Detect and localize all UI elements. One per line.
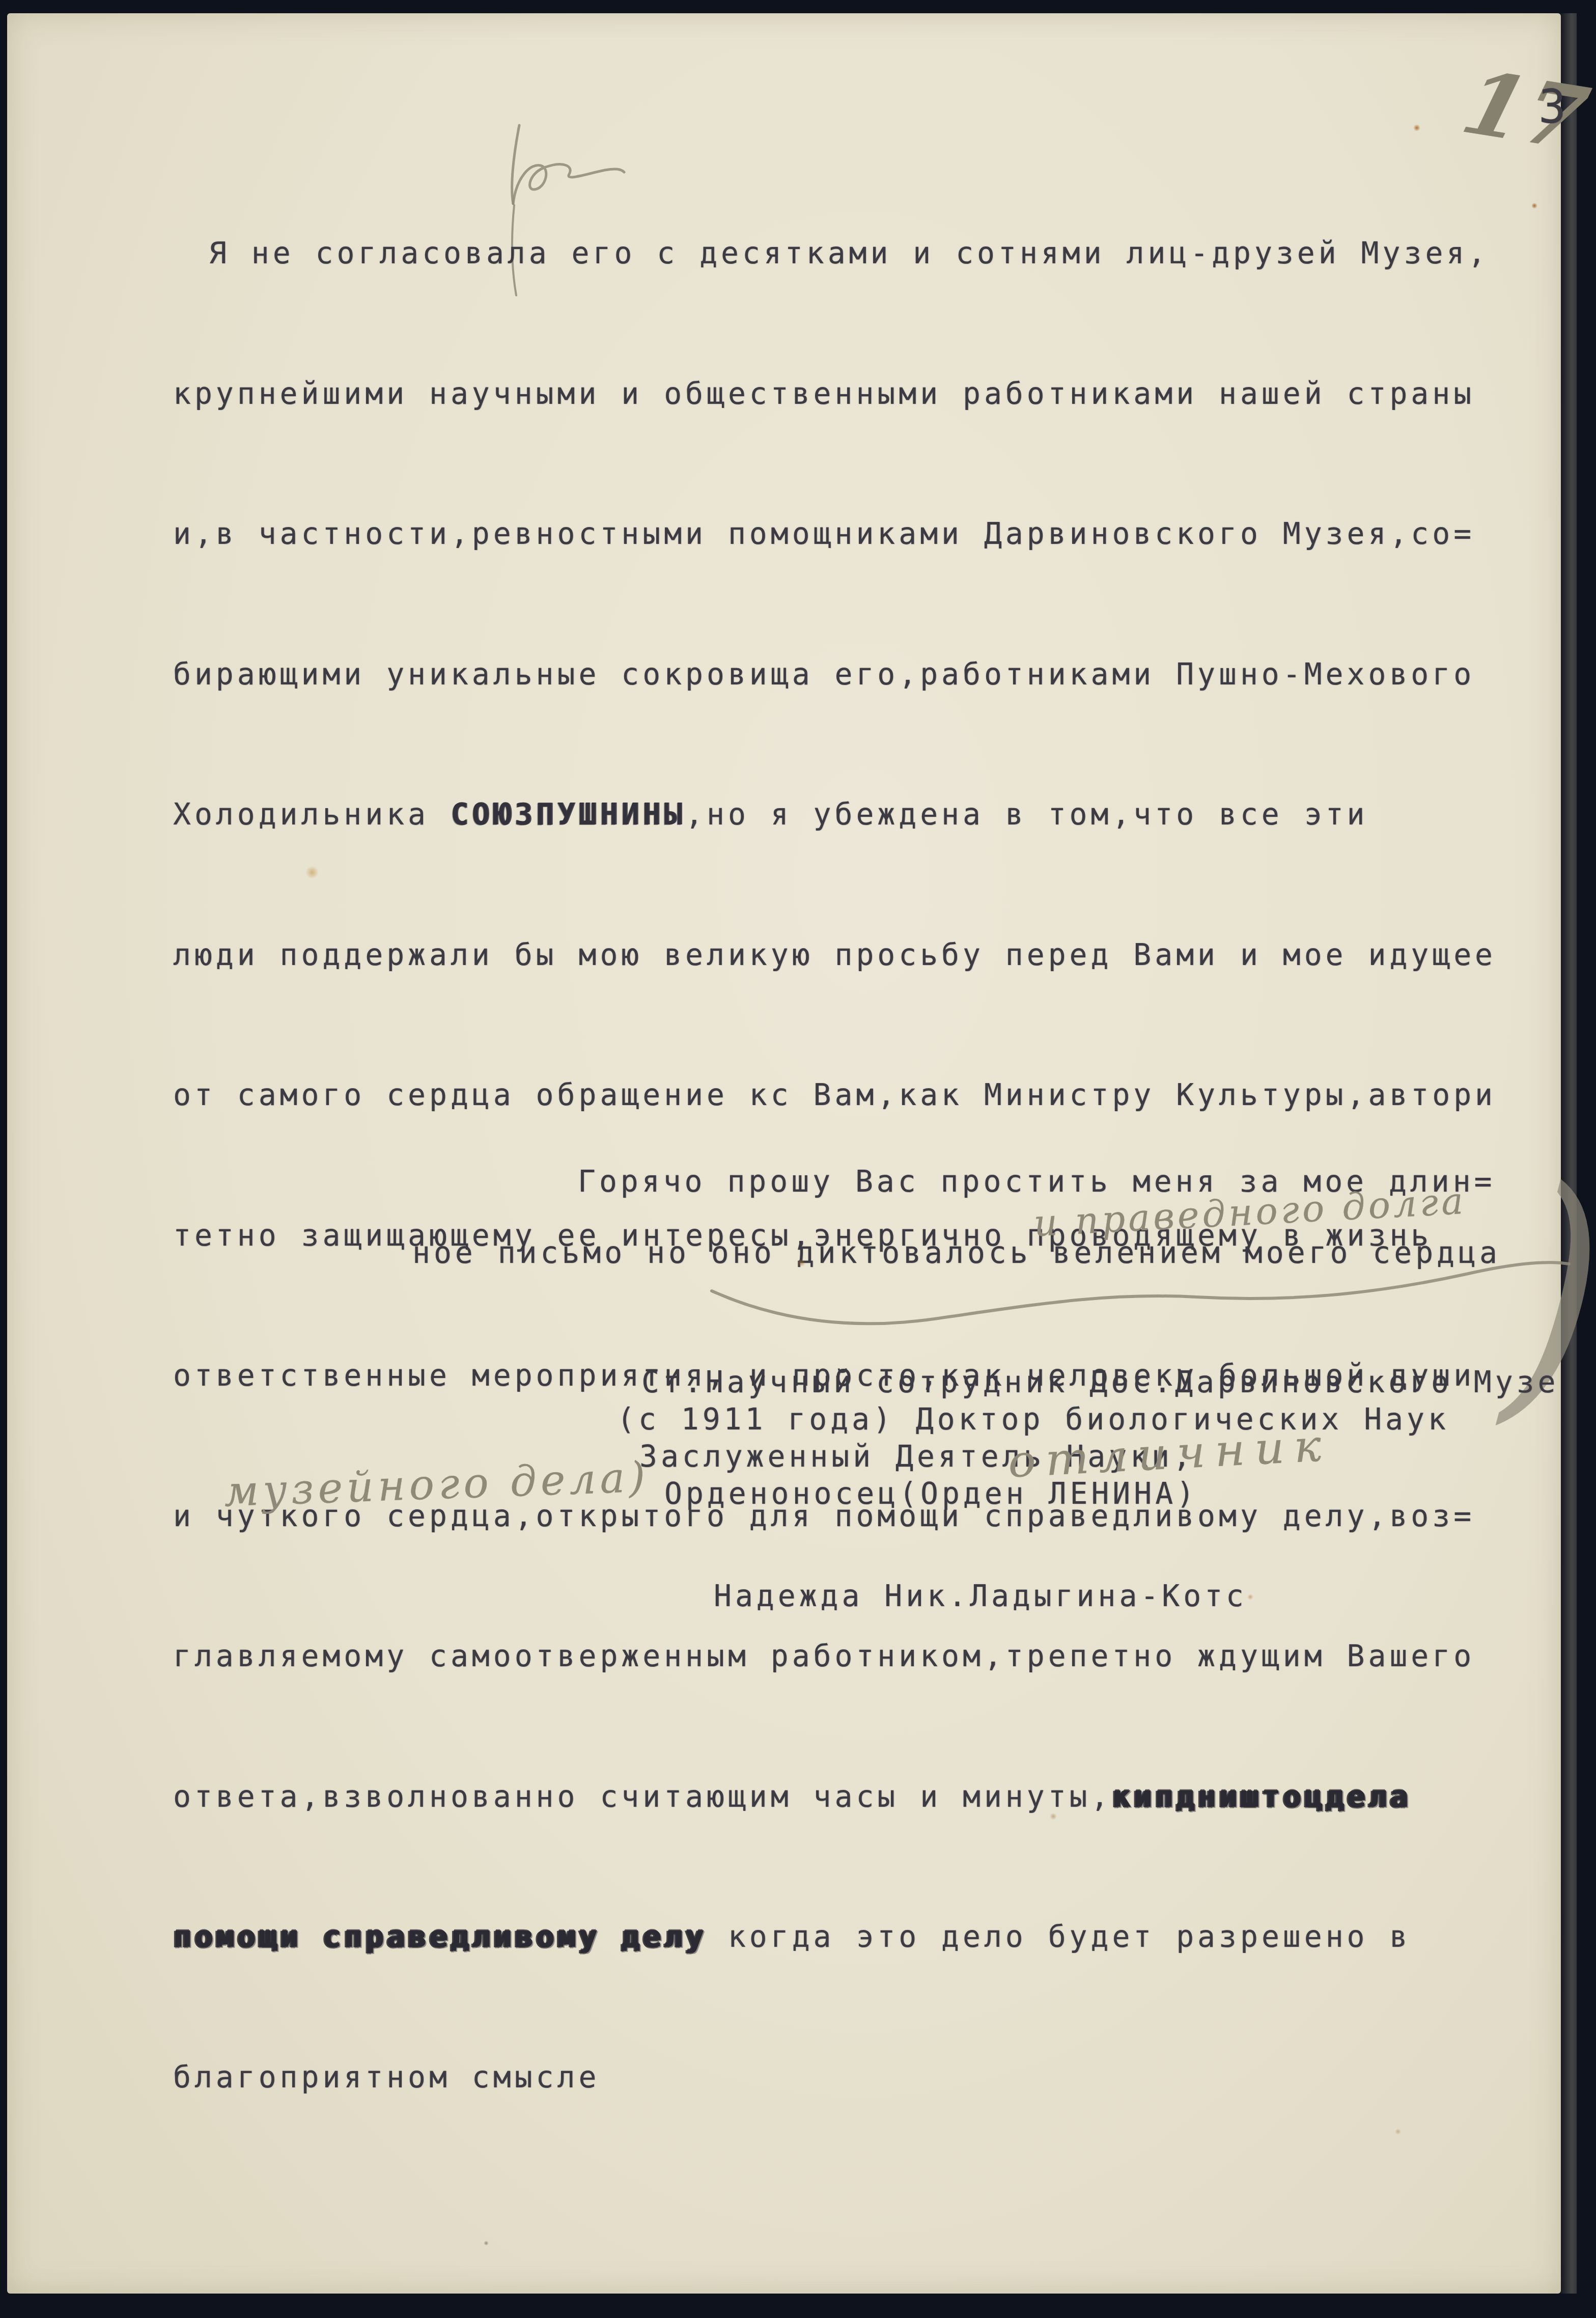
typed-line: Холодильника СОЮЗПУШНИНЫ,но я убеждена в… <box>173 779 1578 850</box>
typed-line: главляемому самоотверженным работником,т… <box>173 1621 1578 1692</box>
paper-stain <box>797 1259 805 1267</box>
typed-text: Холодильника <box>173 797 451 832</box>
typed-line: бирающими уникальные сокровища его,работ… <box>173 639 1578 710</box>
typed-text: от самого сердца обращение кс Вам,как Ми… <box>173 1078 1496 1112</box>
closing-line-2: ное письмо но оно диктовалось велением м… <box>412 1235 1501 1270</box>
typed-text: люди поддержали бы мою великую просьбу п… <box>173 937 1496 972</box>
typed-text: когда это дело будет разрешено в <box>707 1919 1411 1954</box>
typed-line: помощи справедливому делу когда это дело… <box>173 1901 1578 1973</box>
paper-stain <box>484 2241 489 2246</box>
typed-line: и,в частности,ревностными помощниками Да… <box>173 499 1578 570</box>
typed-line: от самого сердца обращение кс Вам,как Ми… <box>173 1060 1578 1131</box>
typed-line: ответа,взволнованно считающим часы и мин… <box>173 1761 1578 1833</box>
overstruck-text: СОЮЗПУШНИНЫ <box>451 797 685 832</box>
typed-line: благоприятном смысле <box>173 2042 1578 2113</box>
overstruck-illegible-text: помощи справедливому делу <box>173 1919 707 1954</box>
typed-text: благоприятном смысле <box>173 2060 600 2094</box>
paper-stain <box>1413 124 1420 131</box>
paper-stain <box>1247 1594 1253 1600</box>
typed-text: главляемому самоотверженным работником,т… <box>173 1639 1475 1673</box>
signature-title-line-4: Орденоносец(Орден ЛЕНИНА) <box>664 1476 1198 1511</box>
typed-line: крупнейшими научными и общественными раб… <box>173 358 1578 430</box>
overstruck-illegible-text: кипдништоцдела <box>1112 1779 1411 1814</box>
signature-title-line-1: Ст.Научный сотрудник Дос.Дарвиновского М… <box>641 1365 1559 1399</box>
paper-stain <box>1531 203 1537 209</box>
signature-name: Надежда Ник.Ладыгина-Котс <box>714 1579 1247 1613</box>
typed-text: и,в частности,ревностными помощниками Да… <box>173 516 1475 551</box>
typed-text: бирающими уникальные сокровища его,работ… <box>173 657 1475 692</box>
paper-stain <box>1395 2129 1401 2135</box>
letter-body-paragraph: Я не согласовала его с десятками и сотня… <box>173 149 1578 2147</box>
typed-line: Я не согласовала его с десятками и сотня… <box>173 218 1578 289</box>
typed-text: ответа,взволнованно считающим часы и мин… <box>173 1779 1112 1814</box>
typed-page-number: 3 <box>1538 80 1570 134</box>
paper-stain <box>305 866 319 879</box>
typed-text: Я не согласовала его с десятками и сотня… <box>209 236 1489 270</box>
typed-line: люди поддержали бы мою великую просьбу п… <box>173 920 1578 991</box>
typed-text: ,но я убеждена в том,что все эти <box>685 797 1368 832</box>
typed-text: крупнейшими научными и общественными раб… <box>173 376 1475 411</box>
paper-stain <box>1050 1813 1057 1820</box>
